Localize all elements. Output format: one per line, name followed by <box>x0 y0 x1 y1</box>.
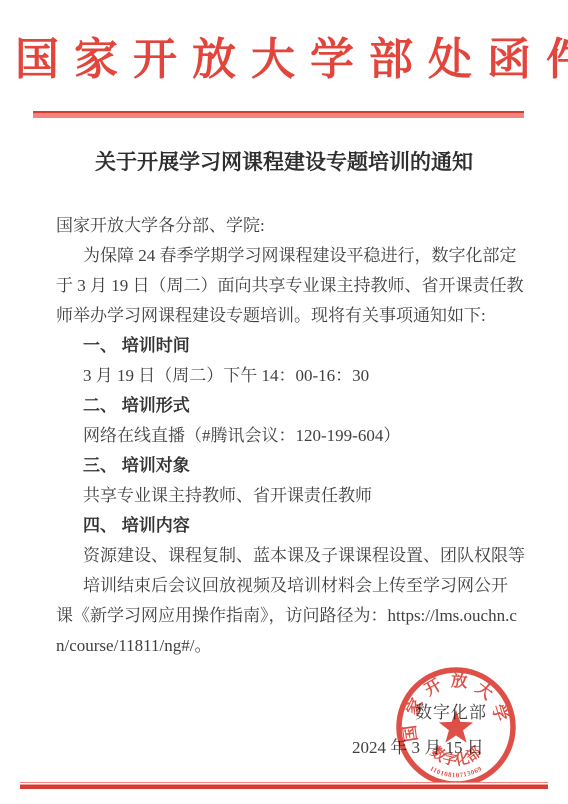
svg-text:数字化部: 数字化部 <box>427 742 485 770</box>
body-line: 一、 培训时间 <box>56 331 514 361</box>
body-line: 四、 培训内容 <box>56 511 514 541</box>
document-title: 关于开展学习网课程建设专题培训的通知 <box>0 149 568 177</box>
body-line: 国家开放大学各分部、学院: <box>56 211 514 241</box>
header-divider-line <box>33 111 524 118</box>
body-line: 于 3 月 19 日（周二）面向共享专业课主持教师、省开课责任教 <box>56 271 514 301</box>
footer-divider-line <box>20 782 548 789</box>
document-body: 国家开放大学各分部、学院:为保障 24 春季学期学习网课程建设平稳进行，数字化部… <box>56 211 514 661</box>
body-line: 培训结束后会议回放视频及培训材料会上传至学习网公开 <box>56 571 514 601</box>
body-line: 网络在线直播（#腾讯会议：120-199-604） <box>56 421 514 451</box>
body-line: 3 月 19 日（周二）下午 14：00-16：30 <box>56 361 514 391</box>
letterhead-title: 国家开放大学部处函件 <box>0 34 568 86</box>
body-line: 课《新学习网应用操作指南》，访问路径为：https://lms.ouchn.c <box>56 601 514 631</box>
body-line: 共享专业课主持教师、省开课责任教师 <box>56 481 514 511</box>
body-line: 师举办学习网课程建设专题培训。现将有关事项通知如下: <box>56 301 514 331</box>
stamp-arc-char: 放 <box>450 670 468 691</box>
body-line: 三、 培训对象 <box>56 451 514 481</box>
document-page: 国家开放大学部处函件 关于开展学习网课程建设专题培训的通知 国家开放大学各分部、… <box>0 0 568 804</box>
svg-text:11010810713069: 11010810713069 <box>428 765 483 779</box>
body-line: 资源建设、课程复制、蓝本课及子课课程设置、团队权限等 <box>56 541 514 571</box>
stamp-department-text: 数字化部 <box>427 742 485 770</box>
stamp-arc-char: 国 <box>400 724 421 743</box>
official-seal-stamp: 国家开放大学 数字化部 11010810713069 <box>386 657 526 797</box>
stamp-serial-number: 11010810713069 <box>428 765 483 779</box>
star-icon <box>439 710 473 743</box>
body-line: 二、 培训形式 <box>56 391 514 421</box>
body-line: 为保障 24 春季学期学习网课程建设平稳进行，数字化部定 <box>56 241 514 271</box>
